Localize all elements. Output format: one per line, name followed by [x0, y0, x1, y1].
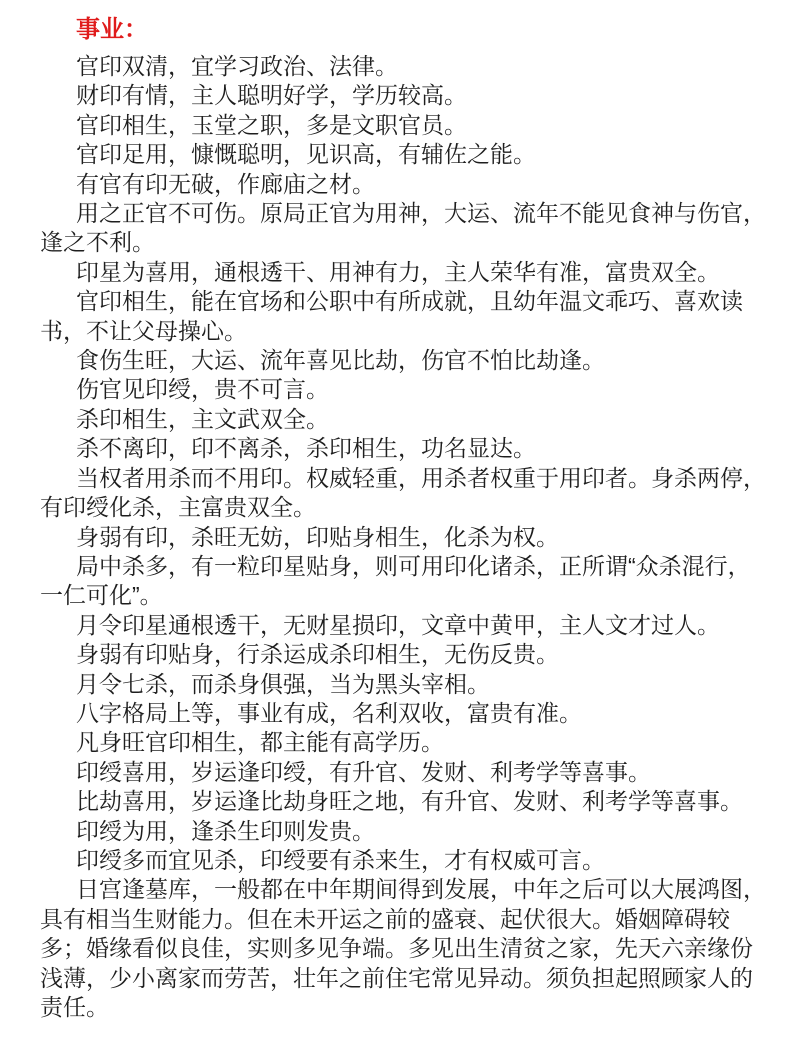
paragraph: 用之正官不可伤。原局正官为用神，大运、流年不能见食神与伤官，逢之不利。: [40, 199, 768, 258]
section-heading: 事业：: [40, 14, 768, 46]
paragraph: 凡身旺官印相生，都主能有高学历。: [40, 728, 768, 757]
paragraph: 财印有情，主人聪明好学，学历较高。: [40, 81, 768, 110]
paragraph: 八字格局上等，事业有成，名利双收，富贵有准。: [40, 699, 768, 728]
paragraph: 伤官见印绶，贵不可言。: [40, 375, 768, 404]
page: 事业： 官印双清，宜学习政治、法律。财印有情，主人聪明好学，学历较高。官印相生，…: [0, 0, 800, 1056]
paragraph: 身弱有印贴身，行杀运成杀印相生，无伤反贵。: [40, 640, 768, 669]
paragraph: 印绶喜用，岁运逢印绶，有升官、发财、利考学等喜事。: [40, 758, 768, 787]
paragraph: 印绶为用，逢杀生印则发贵。: [40, 817, 768, 846]
paragraph: 月令印星通根透干，无财星损印，文章中黄甲，主人文才过人。: [40, 611, 768, 640]
paragraph: 有官有印无破，作廊庙之材。: [40, 170, 768, 199]
paragraph-list: 官印双清，宜学习政治、法律。财印有情，主人聪明好学，学历较高。官印相生，玉堂之职…: [40, 52, 768, 1022]
paragraph: 杀不离印，印不离杀，杀印相生，功名显达。: [40, 434, 768, 463]
paragraph: 日宫逢墓库，一般都在中年期间得到发展，中年之后可以大展鸿图，具有相当生财能力。但…: [40, 875, 768, 1022]
paragraph: 当权者用杀而不用印。权威轻重，用杀者权重于用印者。身杀两停，有印绶化杀，主富贵双…: [40, 464, 768, 523]
paragraph: 杀印相生，主文武双全。: [40, 405, 768, 434]
paragraph: 官印相生，玉堂之职，多是文职官员。: [40, 111, 768, 140]
paragraph: 印星为喜用，通根透干、用神有力，主人荣华有准，富贵双全。: [40, 258, 768, 287]
paragraph: 官印足用，慷慨聪明，见识高，有辅佐之能。: [40, 140, 768, 169]
document-body: 事业： 官印双清，宜学习政治、法律。财印有情，主人聪明好学，学历较高。官印相生，…: [40, 14, 768, 1022]
paragraph: 官印相生，能在官场和公职中有所成就，且幼年温文乖巧、喜欢读书，不让父母操心。: [40, 287, 768, 346]
paragraph: 月令七杀，而杀身俱强，当为黑头宰相。: [40, 670, 768, 699]
paragraph: 官印双清，宜学习政治、法律。: [40, 52, 768, 81]
paragraph: 局中杀多，有一粒印星贴身，则可用印化诸杀，正所谓“众杀混行，一仁可化”。: [40, 552, 768, 611]
paragraph: 比劫喜用，岁运逢比劫身旺之地，有升官、发财、利考学等喜事。: [40, 787, 768, 816]
paragraph: 身弱有印，杀旺无妨，印贴身相生，化杀为权。: [40, 523, 768, 552]
paragraph: 食伤生旺，大运、流年喜见比劫，伤官不怕比劫逢。: [40, 346, 768, 375]
paragraph: 印绶多而宜见杀，印绶要有杀来生，才有权威可言。: [40, 846, 768, 875]
